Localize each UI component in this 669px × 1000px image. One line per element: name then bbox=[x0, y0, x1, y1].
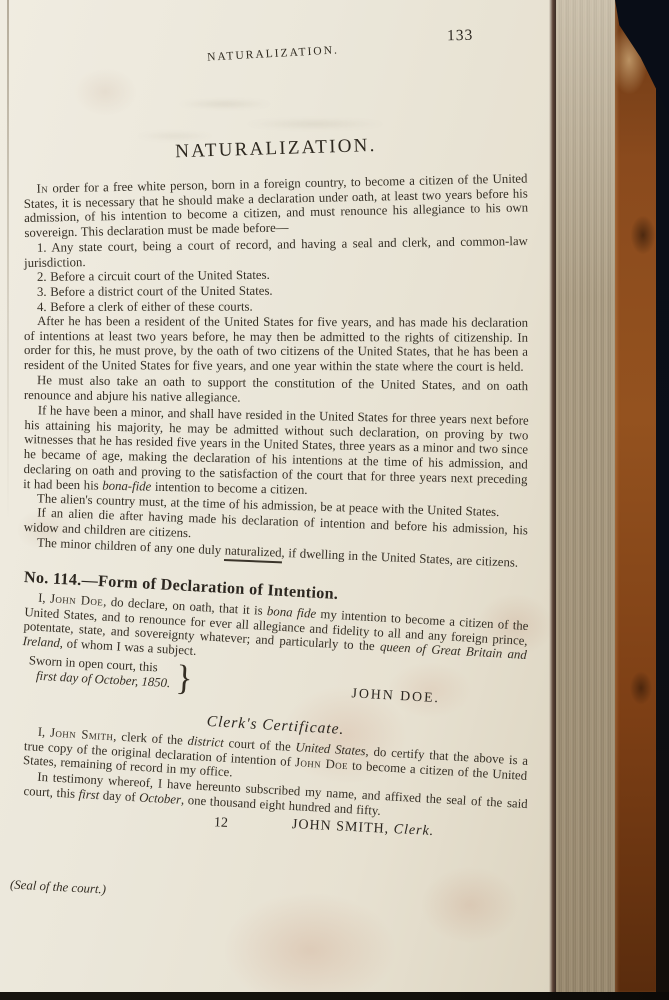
oath-paragraph: He must also take an oath to support the… bbox=[24, 373, 528, 409]
curly-brace: } bbox=[175, 659, 194, 700]
text-segment: , 1850. bbox=[135, 675, 171, 691]
seal-of-court-note: (Seal of the court.) bbox=[10, 877, 107, 897]
list-item-1: 1. Any state court, being a court of rec… bbox=[24, 234, 528, 270]
text-segment: 4. Before a clerk of either of these cou… bbox=[37, 299, 253, 313]
text-segment: day of bbox=[56, 670, 95, 686]
residency-paragraph: After he has been a resident of the Unit… bbox=[24, 314, 528, 375]
text-segment: first bbox=[36, 669, 57, 684]
declarant-signature: JOHN DOE. bbox=[351, 686, 440, 707]
leather-cover-edge bbox=[615, 0, 656, 993]
book-photo-scene: NATURALIZATION. 133 NATURALIZATION. In o… bbox=[0, 0, 669, 1000]
text-segment: In bbox=[36, 181, 48, 195]
text-segment: After he has been a resident of the Unit… bbox=[24, 314, 528, 374]
background-right-edge bbox=[656, 0, 669, 1000]
intro-paragraph: In order for a free white person, born i… bbox=[23, 171, 528, 240]
background-bottom-edge bbox=[0, 992, 669, 1000]
page-gutter-crease bbox=[7, 0, 9, 520]
text-segment: day of bbox=[99, 787, 140, 803]
text-segment: Clerk. bbox=[393, 822, 434, 839]
book-page: NATURALIZATION. 133 NATURALIZATION. In o… bbox=[0, 0, 553, 1000]
chapter-title: NATURALIZATION. bbox=[24, 130, 528, 168]
text-segment: October bbox=[94, 672, 135, 688]
text-segment: John Doe bbox=[50, 591, 104, 608]
text-segment: John Doe bbox=[295, 755, 349, 772]
text-column: NATURALIZATION. In order for a free whit… bbox=[24, 0, 528, 828]
text-segment: bona fide bbox=[267, 604, 317, 621]
text-segment: 2. Before a circuit court of the United … bbox=[37, 268, 270, 284]
text-segment: bona-fide bbox=[102, 478, 151, 493]
book-fore-edge-pages bbox=[556, 0, 615, 993]
list-item-3: 3. Before a district court of the United… bbox=[24, 282, 528, 299]
signature-mark: 12 bbox=[214, 815, 229, 832]
page-edge-shadow bbox=[549, 0, 556, 1000]
list-item-4: 4. Before a clerk of either of these cou… bbox=[24, 299, 528, 315]
text-segment: If he have been a minor, and shall have … bbox=[23, 403, 529, 492]
text-segment: first bbox=[78, 786, 99, 801]
minor-paragraph: If he have been a minor, and shall have … bbox=[23, 403, 529, 502]
text-segment: intention to become a citizen. bbox=[151, 479, 307, 496]
text-segment: JOHN SMITH, bbox=[292, 817, 394, 837]
text-segment: 3. Before a district court of the United… bbox=[37, 284, 273, 299]
text-segment: I, bbox=[38, 590, 51, 605]
text-segment: October bbox=[139, 790, 182, 806]
text-segment: order for a free white person, born in a… bbox=[24, 171, 528, 240]
text-segment: 1. Any state court, being a court of rec… bbox=[24, 234, 528, 270]
clerk-signature: JOHN SMITH, Clerk. bbox=[292, 817, 435, 840]
text-segment: He must also take an oath to support the… bbox=[24, 373, 528, 404]
